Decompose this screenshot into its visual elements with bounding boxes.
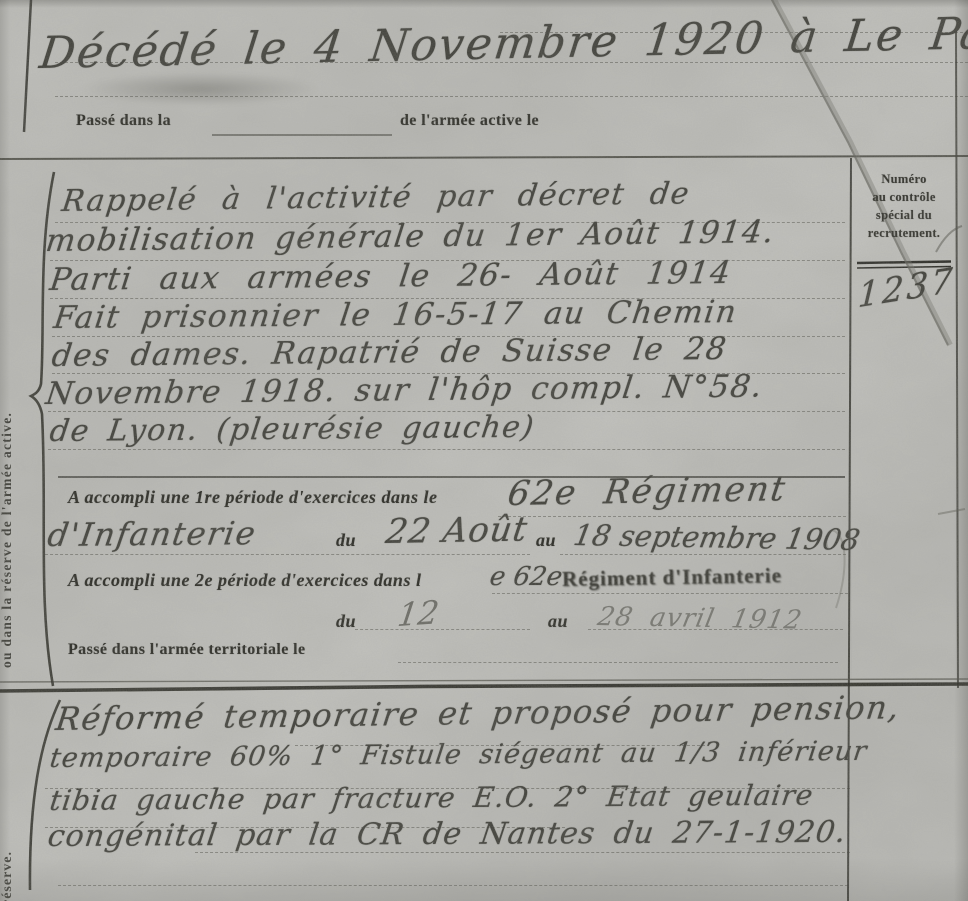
period1-du-label: du [336, 530, 356, 551]
right-border [956, 28, 958, 688]
territorial-label: Passé dans l'armée territoriale le [68, 641, 306, 659]
war-record-line: de Lyon. (pleurésie gauche) [48, 410, 537, 449]
war-record-line: Fait prisonnier le 16-5-17 au Chemin [52, 294, 740, 336]
war-record-line: Novembre 1918. sur l'hôp compl. N°58. [44, 368, 766, 412]
ruled-line [355, 629, 530, 630]
period2-from-date: 12 [395, 593, 441, 634]
recruitment-label-line3: spécial du [852, 208, 956, 223]
reform-record-line: tibia gauche par fracture E.O. 2° Etat g… [48, 779, 816, 817]
ruled-line [48, 449, 845, 450]
ruled-line [58, 885, 848, 886]
ruled-line [55, 96, 968, 97]
edge-right-band [954, 0, 968, 901]
top-left-vertical-rule [24, 0, 31, 132]
war-record-line: mobilisation générale du 1er Août 1914. [44, 214, 777, 259]
period1-unit-handwritten-2: d'Infanterie [45, 514, 259, 554]
ruled-line [492, 593, 848, 594]
period1-to-date: 18 septembre 1908 [571, 518, 863, 557]
main-box-top-border [0, 156, 968, 159]
period2-du-label: du [336, 611, 356, 632]
stray-pen-dash [938, 509, 965, 514]
ruled-line [45, 554, 530, 555]
ruled-line [498, 516, 846, 517]
deceased-note: Décédé le 4 Novembre 1920 à Le Palais [37, 6, 968, 79]
blank-line-territorial [398, 662, 838, 663]
period1-au-label: au [536, 530, 556, 551]
period1-printed-label: A accompli une 1re période d'exercices d… [68, 487, 437, 508]
recruitment-label-line4: recrutement. [852, 226, 956, 241]
edge-top-band [0, 0, 968, 8]
edge-bottom-band [0, 858, 968, 901]
war-record-line: des dames. Rapatrié de Suisse le 28 [50, 331, 730, 374]
reform-record-line: temporaire 60% 1° Fistule siégeant au 1/… [48, 736, 869, 774]
period2-to-date: 28 avril 1912 [595, 602, 805, 635]
active-army-label-prefix: Passé dans la [76, 112, 171, 130]
period1-unit-handwritten: 62e Régiment [505, 469, 789, 514]
reform-record-line: congénital par la CR de Nantes du 27-1-1… [46, 815, 849, 854]
war-record-line: Parti aux armées le 26- Août 1914 [48, 255, 734, 298]
margin-reserve-label: ou dans la réserve de l'armée active. [0, 412, 15, 668]
blank-line-active-army [212, 134, 392, 136]
reform-record-line: Réformé temporaire et proposé pour pensi… [54, 688, 903, 738]
recruitment-number: 1237 [857, 260, 956, 316]
recruitment-label-line2: au contrôle [852, 190, 956, 205]
period2-unit-stamp: Régiment d'Infanterie [562, 563, 782, 592]
period2-printed-label: A accompli une 2e période d'exercices da… [68, 570, 421, 591]
war-record-line: Rappelé à l'activité par décret de [60, 176, 693, 219]
period2-unit-handwritten: e 62e [488, 562, 565, 592]
section-divider-thin [0, 679, 968, 682]
military-record-sheet: Décédé le 4 Novembre 1920 à Le Palais Pa… [0, 0, 968, 901]
active-army-label-suffix: de l'armée active le [400, 112, 539, 130]
period1-from-date: 22 Août [383, 509, 530, 552]
margin-reserve-label-partial: réserve. [0, 851, 16, 901]
period2-au-label: au [548, 611, 568, 632]
recruitment-label-line1: Numéro [852, 172, 956, 187]
